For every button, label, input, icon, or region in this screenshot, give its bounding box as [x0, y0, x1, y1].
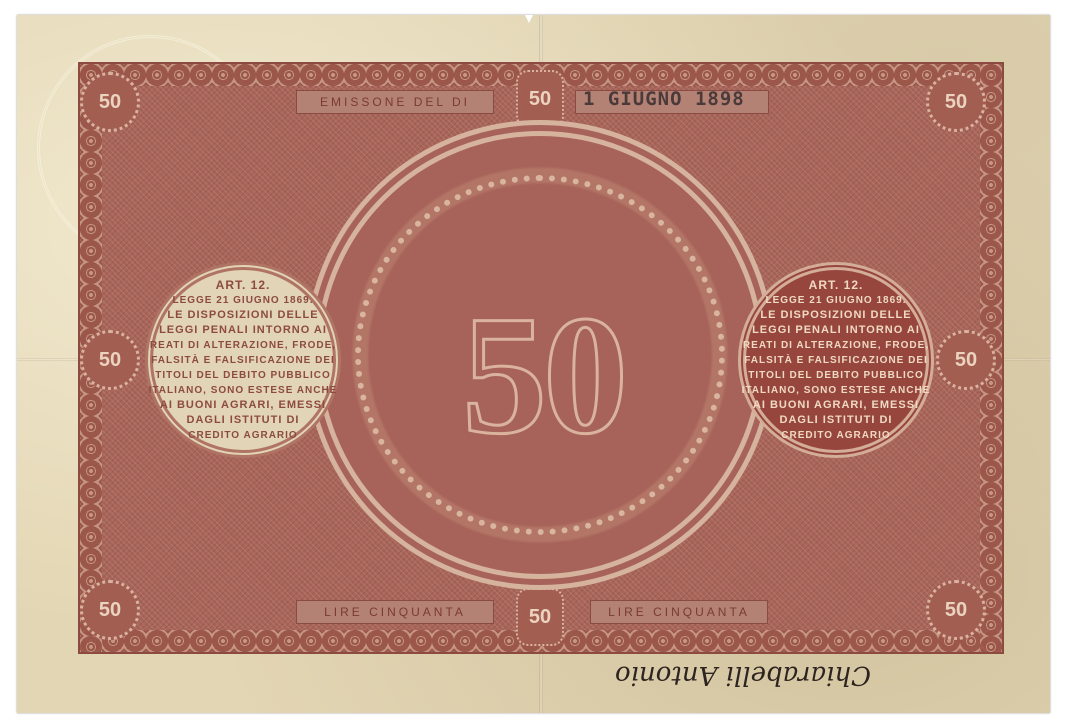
seal-right-line: REATI DI ALTERAZIONE, FRODE,	[743, 338, 929, 353]
seal-right-line: CREDITO AGRARIO	[781, 428, 890, 443]
legal-text-seal-left: ART. 12. LEGGE 21 GIUGNO 1869. LE DISPOS…	[145, 262, 341, 458]
corner-numeral-top-right: 50	[926, 72, 986, 132]
denomination-label-left: LIRE CINQUANTA	[296, 600, 494, 624]
central-denomination-numeral: 50	[462, 290, 624, 460]
corner-numeral-bottom-left: 50	[80, 580, 140, 640]
seal-left-line: LEGGI PENALI INTORNO AI	[159, 323, 327, 338]
denomination-label-right: LIRE CINQUANTA	[590, 600, 768, 624]
seal-right-line: TITOLI DEL DEBITO PUBBLICO	[748, 368, 923, 383]
denomination-text-right: LIRE CINQUANTA	[608, 605, 750, 619]
seal-right-line: FALSITÀ E FALSIFICAZIONE DEI	[744, 353, 928, 368]
handwritten-signature: Chiarabelli Antonio	[615, 660, 871, 690]
issue-label: EMISSONE DEL DI	[296, 90, 494, 114]
denomination-text-left: LIRE CINQUANTA	[324, 605, 466, 619]
seal-left-line: ART. 12.	[216, 278, 271, 293]
seal-left-line: CREDITO AGRARIO	[188, 428, 297, 443]
issue-date-stamp: 1 GIUGNO 1898	[583, 88, 745, 110]
seal-left-line: LEGGE 21 GIUGNO 1869.	[172, 293, 313, 308]
seal-right-line: ART. 12.	[809, 278, 864, 293]
seal-right-line: LEGGI PENALI INTORNO AI	[752, 323, 920, 338]
seal-left-line: REATI DI ALTERAZIONE, FRODE,	[150, 338, 336, 353]
seal-left-line: ITALIANO, SONO ESTESE ANCHE	[149, 383, 338, 398]
seal-left-line: FALSITÀ E FALSIFICAZIONE DEI	[151, 353, 335, 368]
seal-left-line: LE DISPOSIZIONI DELLE	[167, 308, 318, 323]
side-numeral-left: 50	[80, 330, 140, 390]
issue-label-text: EMISSONE DEL DI	[320, 95, 470, 109]
seal-left-line: TITOLI DEL DEBITO PUBBLICO	[155, 368, 330, 383]
seal-left-line: AI BUONI AGRARI, EMESSI	[160, 398, 326, 413]
corner-numeral-bottom-right: 50	[926, 580, 986, 640]
seal-right-line: LEGGE 21 GIUGNO 1869.	[765, 293, 906, 308]
seal-right-line: DAGLI ISTITUTI DI	[780, 413, 893, 428]
bottom-center-numeral: 50	[516, 588, 564, 646]
seal-left-line: DAGLI ISTITUTI DI	[187, 413, 300, 428]
seal-right-line: ITALIANO, SONO ESTESE ANCHE	[742, 383, 931, 398]
side-numeral-right: 50	[936, 330, 996, 390]
legal-text-seal-right: ART. 12. LEGGE 21 GIUGNO 1869. LE DISPOS…	[738, 262, 934, 458]
seal-right-line: LE DISPOSIZIONI DELLE	[760, 308, 911, 323]
seal-right-line: AI BUONI AGRARI, EMESSI	[753, 398, 919, 413]
corner-numeral-top-left: 50	[80, 72, 140, 132]
